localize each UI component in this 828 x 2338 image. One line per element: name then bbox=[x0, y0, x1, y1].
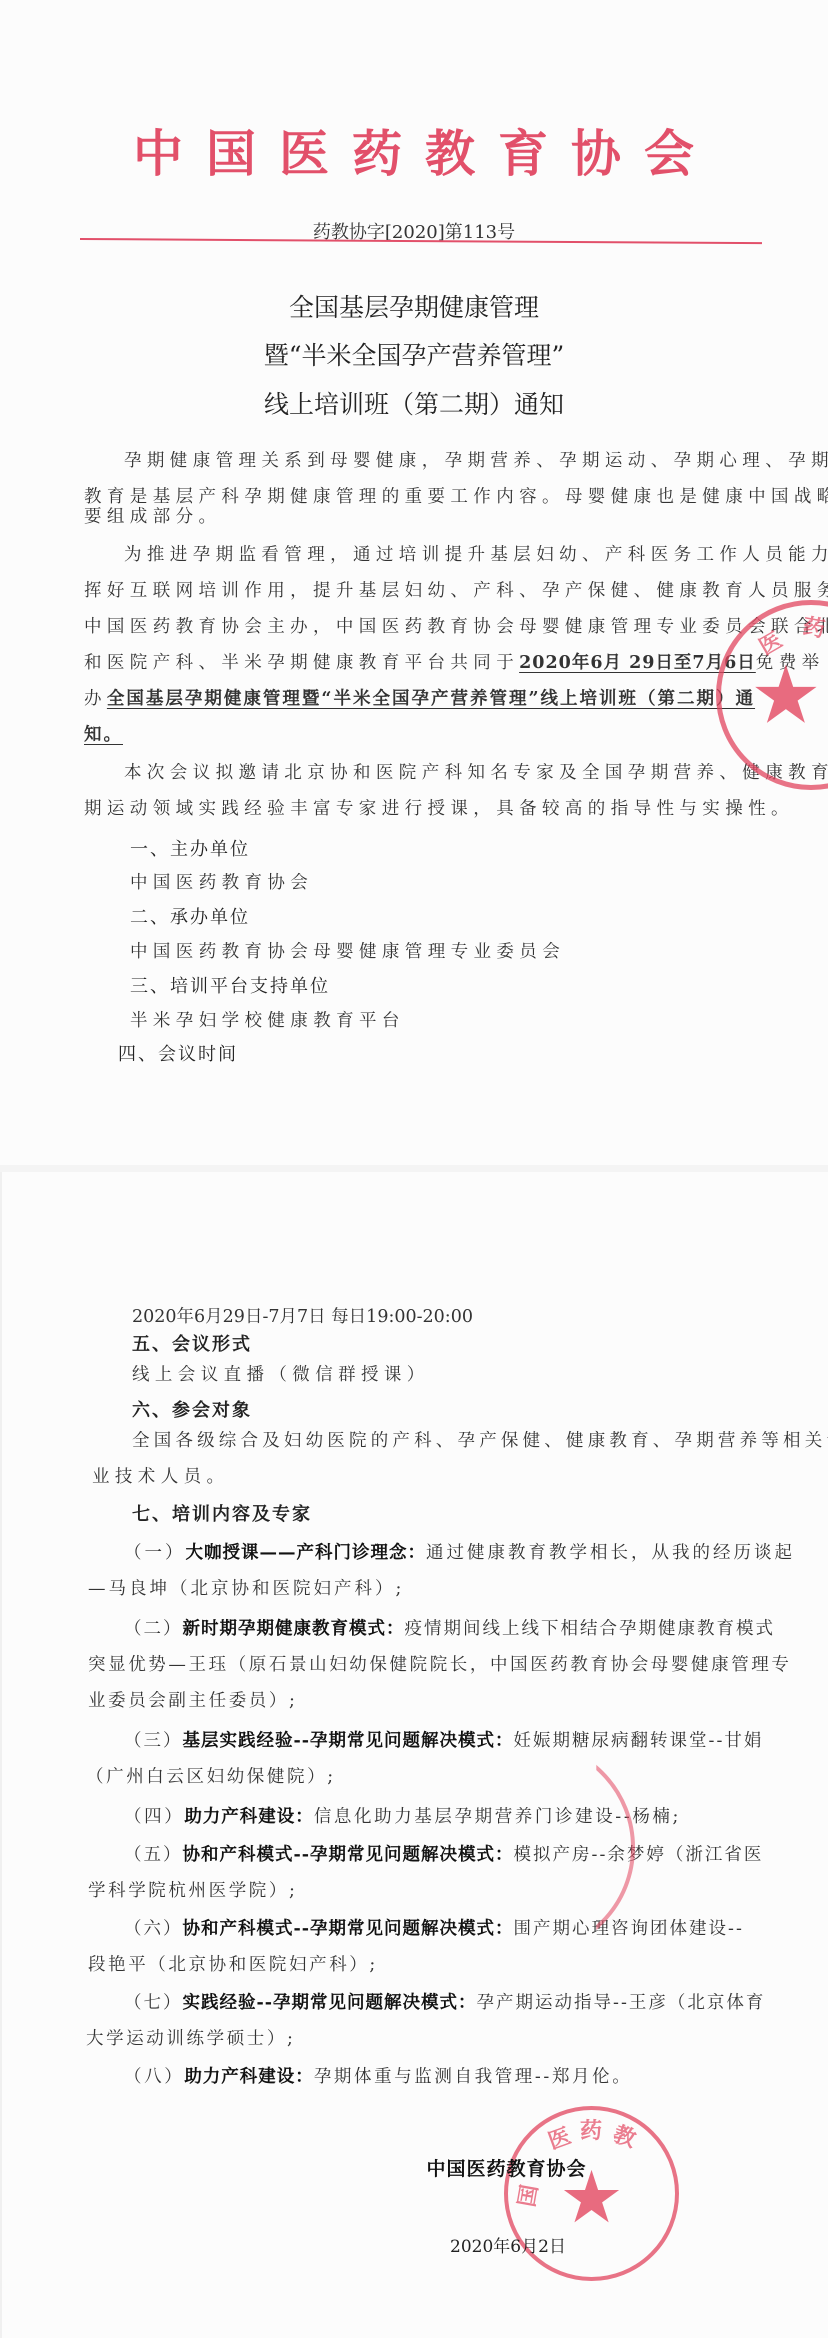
intro-p2-line-5-pre: 办 bbox=[84, 689, 107, 709]
intro-p2-line-3: 中国医药教育协会主办，中国医药教育协会母婴健康管理专业委员会联合北京协 bbox=[84, 610, 828, 645]
section-5-title: 五、会议形式 bbox=[132, 1330, 252, 1356]
course-item-6-line-2: 段艳平（北京协和医院妇产科）; bbox=[88, 1948, 378, 1983]
intro-p1-line-3: 要组成部分。 bbox=[84, 500, 221, 535]
intro-p2-line-4: 和医院产科、半米孕期健康教育平台共同于2020年6月 29日至7月6日免费举 bbox=[84, 646, 825, 681]
section-3-title: 三、培训平台支持单位 bbox=[130, 972, 330, 998]
signature-organization: 中国医药教育协会 bbox=[0, 2154, 828, 2181]
course-item-1: （一）大咖授课——产科门诊理念：通过健康教育教学相长，从我的经历谈起 bbox=[124, 1536, 795, 1571]
course-item-7: （七）实践经验--孕期常见问题解决模式：孕产期运动指导--王彦（北京体育 bbox=[124, 1986, 765, 2021]
course-item-5: （五）协和产科模式--孕期常见问题解决模式：模拟产房--余梦婷（浙江省医 bbox=[124, 1838, 763, 1873]
course-number: （一） bbox=[124, 1543, 186, 1563]
course-item-2: （二）新时期孕期健康教育模式：疫情期间线上线下相结合孕期健康教育模式 bbox=[124, 1612, 775, 1647]
course-topic: 协和产科模式--孕期常见问题解决模式： bbox=[183, 1845, 514, 1865]
course-item-5-line-2: 学科学院杭州医学院）; bbox=[88, 1874, 298, 1909]
course-item-3-line-2: （广州白云区妇幼保健院）; bbox=[86, 1760, 336, 1795]
course-detail: 孕产期运动指导--王彦（北京体育 bbox=[477, 1993, 766, 2013]
section-2-body: 中国医药教育协会母婴健康管理专业委员会 bbox=[130, 935, 565, 970]
intro-p3-line-1: 本次会议拟邀请北京协和医院产科知名专家及全国孕期营养、健康教育、孕 bbox=[124, 756, 828, 791]
course-item-6: （六）协和产科模式--孕期常见问题解决模式：围产期心理咨询团体建设-- bbox=[124, 1912, 744, 1947]
course-item-1-line-2: —马良坤（北京协和医院妇产科）; bbox=[88, 1572, 404, 1607]
document-page-1: 中国医药教育协会 药教协字[2020]第113号 全国基层孕期健康管理 暨“半米… bbox=[0, 0, 828, 1165]
course-detail: 妊娠期糖尿病翻转课堂--甘娟 bbox=[514, 1731, 764, 1751]
intro-p2-line-2: 挥好互联网培训作用，提升基层妇幼、产科、孕产保健、健康教育人员服务能力。 bbox=[84, 574, 828, 609]
intro-p3-line-2: 期运动领域实践经验丰富专家进行授课，具备较高的指导性与实操性。 bbox=[84, 792, 794, 827]
course-item-2-line-3: 业委员会副主任委员）; bbox=[88, 1684, 298, 1719]
course-topic: 新时期孕期健康教育模式： bbox=[183, 1619, 405, 1639]
course-detail: 疫情期间线上线下相结合孕期健康教育模式 bbox=[405, 1619, 776, 1639]
course-detail: 通过健康教育教学相长，从我的经历谈起 bbox=[426, 1543, 795, 1563]
course-item-4: （四）助力产科建设：信息化助力基层孕期营养门诊建设--杨楠; bbox=[124, 1800, 681, 1835]
intro-p2-line-4-post: 免费举 bbox=[756, 653, 825, 673]
section-4-title: 四、会议时间 bbox=[118, 1040, 238, 1066]
section-6-body-line-2: 业技术人员。 bbox=[92, 1460, 229, 1495]
course-topic: 助力产科建设： bbox=[184, 1807, 314, 1827]
course-topic: 助力产科建设： bbox=[184, 2067, 314, 2087]
course-number: （六） bbox=[124, 1919, 183, 1939]
signature-date: 2020年6月2日 bbox=[0, 2232, 828, 2257]
course-detail: 孕期体重与监测自我管理--郑月伦。 bbox=[314, 2067, 633, 2087]
course-item-7-line-2: 大学运动训练学硕士）; bbox=[86, 2022, 296, 2057]
section-3-body: 半米孕妇学校健康教育平台 bbox=[130, 1004, 405, 1039]
course-detail: 模拟产房--余梦婷（浙江省医 bbox=[514, 1845, 764, 1865]
notice-title-line-2: 暨“半米全国孕产营养管理” bbox=[0, 336, 828, 372]
course-number: （四） bbox=[124, 1807, 184, 1827]
course-topic: 大咖授课——产科门诊理念： bbox=[186, 1543, 427, 1563]
course-number: （八） bbox=[124, 2067, 184, 2087]
section-2-title: 二、承办单位 bbox=[130, 903, 250, 929]
course-item-3: （三）基层实践经验--孕期常见问题解决模式：妊娠期糖尿病翻转课堂--甘娟 bbox=[124, 1724, 763, 1759]
course-item-8: （八）助力产科建设：孕期体重与监测自我管理--郑月伦。 bbox=[124, 2060, 632, 2095]
course-number: （七） bbox=[124, 1993, 183, 2013]
course-number: （五） bbox=[124, 1845, 183, 1865]
course-topic: 实践经验--孕期常见问题解决模式： bbox=[183, 1993, 477, 2013]
masthead-title: 中国医药教育协会 bbox=[0, 114, 828, 186]
training-name-underlined-end: 知。 bbox=[84, 725, 123, 745]
intro-p2-line-4-pre: 和医院产科、半米孕期健康教育平台共同于 bbox=[84, 653, 519, 673]
notice-title-line-3: 线上培训班（第二期）通知 bbox=[0, 385, 828, 421]
course-detail: 信息化助力基层孕期营养门诊建设--杨楠; bbox=[314, 1807, 681, 1827]
course-topic: 协和产科模式--孕期常见问题解决模式： bbox=[183, 1919, 514, 1939]
course-item-2-line-2: 突显优势—王珏（原石景山妇幼保健院院长，中国医药教育协会母婴健康管理专 bbox=[88, 1648, 792, 1683]
intro-p2-line-6: 知。 bbox=[84, 718, 123, 753]
intro-p2-line-1: 为推进孕期监看管理，通过培训提升基层妇幼、产科医务工作人员能力，发 bbox=[124, 538, 828, 573]
section-5-body: 线上会议直播（微信群授课） bbox=[132, 1358, 430, 1393]
course-number: （三） bbox=[124, 1731, 183, 1751]
section-1-title: 一、主办单位 bbox=[130, 835, 250, 861]
training-name-underlined: 全国基层孕期健康管理暨“半米全国孕产营养管理”线上培训班（第二期）通 bbox=[107, 689, 755, 709]
course-detail: 围产期心理咨询团体建设-- bbox=[514, 1919, 744, 1939]
course-number: （二） bbox=[124, 1619, 183, 1639]
course-topic: 基层实践经验--孕期常见问题解决模式： bbox=[183, 1731, 514, 1751]
training-date-range: 2020年6月 29日至7月6日 bbox=[519, 653, 756, 673]
section-6-title: 六、参会对象 bbox=[132, 1396, 252, 1422]
intro-p2-line-5: 办全国基层孕期健康管理暨“半米全国孕产营养管理”线上培训班（第二期）通 bbox=[84, 682, 755, 717]
section-1-body: 中国医药教育协会 bbox=[130, 866, 313, 901]
notice-title-line-1: 全国基层孕期健康管理 bbox=[0, 288, 828, 324]
section-6-body-line-1: 全国各级综合及妇幼医院的产科、孕产保健、健康教育、孕期营养等相关专 bbox=[132, 1424, 828, 1459]
section-7-title: 七、培训内容及专家 bbox=[132, 1500, 312, 1526]
intro-p1-line-1: 孕期健康管理关系到母婴健康，孕期营养、孕期运动、孕期心理、孕期健康 bbox=[124, 444, 828, 479]
page-break bbox=[0, 1165, 828, 1172]
